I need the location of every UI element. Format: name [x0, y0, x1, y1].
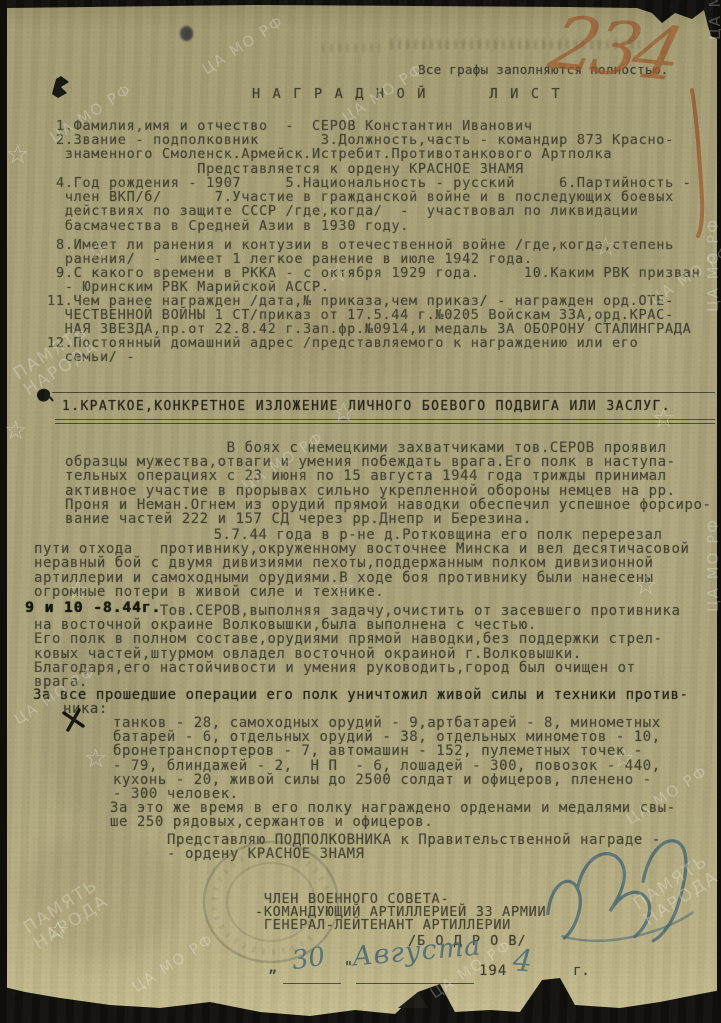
signature-bodrov	[526, 823, 713, 961]
typed-line: действиях по защите СССР /где,когда/ - у…	[56, 204, 692, 218]
divider-rule-top	[52, 392, 715, 393]
form-items-9-10: 9.С какого времени в РККА - с октября 19…	[56, 266, 700, 294]
typed-line: Представляется к ордену КРАСНОЕ ЗНАМЯ	[56, 162, 674, 176]
form-item-8: 8.Имеет ли ранения и контузии в отечеств…	[56, 238, 674, 266]
typed-line: образцы мужества,отваги и умения побежда…	[65, 455, 711, 469]
typed-line: кухонь - 20, живой силы до 2500 солдат и…	[113, 773, 661, 787]
faded-typed-line	[322, 44, 380, 52]
typed-line: артиллерии и самоходными орудиями.В ходе…	[34, 571, 689, 585]
section-heading: 1.КРАТКОЕ,КОНКРЕТНОЕ ИЗЛОЖЕНИЕ ЛИЧНОГО Б…	[62, 399, 671, 414]
typed-line: Благодаря,его настойчивости и умения рук…	[34, 661, 680, 675]
typed-line: знаменного Смоленск.Армейск.Истребит.Про…	[56, 147, 674, 161]
typed-line: неравный бой с двумя дивизиями пехоты,по…	[34, 556, 689, 570]
destroyed-equipment-list: танков - 28, самоходных орудий - 9,артба…	[113, 716, 661, 801]
typed-line: Его полк в полном составе,орудиями прямо…	[34, 632, 680, 646]
form-items-4-7: 4.Год рождения - 1907 5.Национальность -…	[56, 176, 692, 233]
typed-line: 1.Фамилия,имя и отчество - СЕРОВ Констан…	[56, 119, 674, 133]
ink-mark-cross	[62, 709, 88, 733]
form-items-1-3: 1.Фамилия,имя и отчество - СЕРОВ Констан…	[56, 119, 674, 176]
ink-blot-divider	[36, 388, 54, 404]
citation-paragraph-2: 5.7.44 года в р-не д.Ротковщина его полк…	[34, 528, 689, 599]
typed-line: вание частей 222 и 157 СД через рр.Днепр…	[65, 512, 711, 526]
typed-line: 12.Постоянный домашний адрес /представля…	[47, 336, 638, 350]
ink-blot-flag	[50, 76, 72, 100]
citation-paragraph-3: Тов.СЕРОВ,выполняя задачу,очистить от за…	[34, 604, 680, 689]
divider-rule-bottom2	[55, 423, 715, 424]
citation-summary-line: За все прошедшие операции его полк уничт…	[33, 687, 688, 703]
typed-line: активное участие в прорывах сильно укреп…	[65, 484, 711, 498]
typed-line: - 79, блиндажей - 2, Н П - 6, лошадей - …	[113, 759, 661, 773]
typed-line: бронетранспортеров - 7, автомашин - 152,…	[113, 744, 661, 758]
ink-smudge-star	[180, 26, 193, 41]
typed-line: семьи/ -	[47, 350, 638, 364]
scanned-award-document: { "colors": { "paper": "#a9a17a", "typew…	[0, 0, 721, 1023]
typed-line: огромные потери в живой силе и технике.	[34, 585, 689, 599]
divider-rule-bottom1	[55, 419, 715, 420]
typed-line: ше 250 рядовых,сержантов и офицеров.	[110, 815, 676, 829]
form-item-11: 11.Чем ранее награжден /дата,№ приказа,ч…	[47, 294, 691, 337]
form-item-12: 12.Постоянный домашний адрес /представля…	[47, 336, 638, 364]
awards-in-regiment: За это же время в его полку награждено о…	[110, 801, 676, 829]
round-stamp	[198, 836, 348, 968]
typed-line: Проня и Неман.Огнем из орудий прямой нав…	[65, 498, 711, 512]
typed-line: 8.Имеет ли ранения и контузии в отечеств…	[56, 238, 674, 252]
page-number-handwritten: 234	[542, 0, 686, 97]
torn-bottom-edge	[0, 950, 721, 1023]
typed-line: ковых частей,штурмом овладел восточной о…	[34, 647, 680, 661]
typed-line: тельных операциях с 23 июня по 15 август…	[65, 469, 711, 483]
typed-line: басмачества в Средней Азии в 1930 году.	[56, 219, 692, 233]
document-title: Н А Г Р А Д Н О Й Л И С Т	[252, 86, 562, 102]
citation-paragraph-1: В боях с немецкими захватчиками тов.СЕРО…	[65, 441, 711, 526]
